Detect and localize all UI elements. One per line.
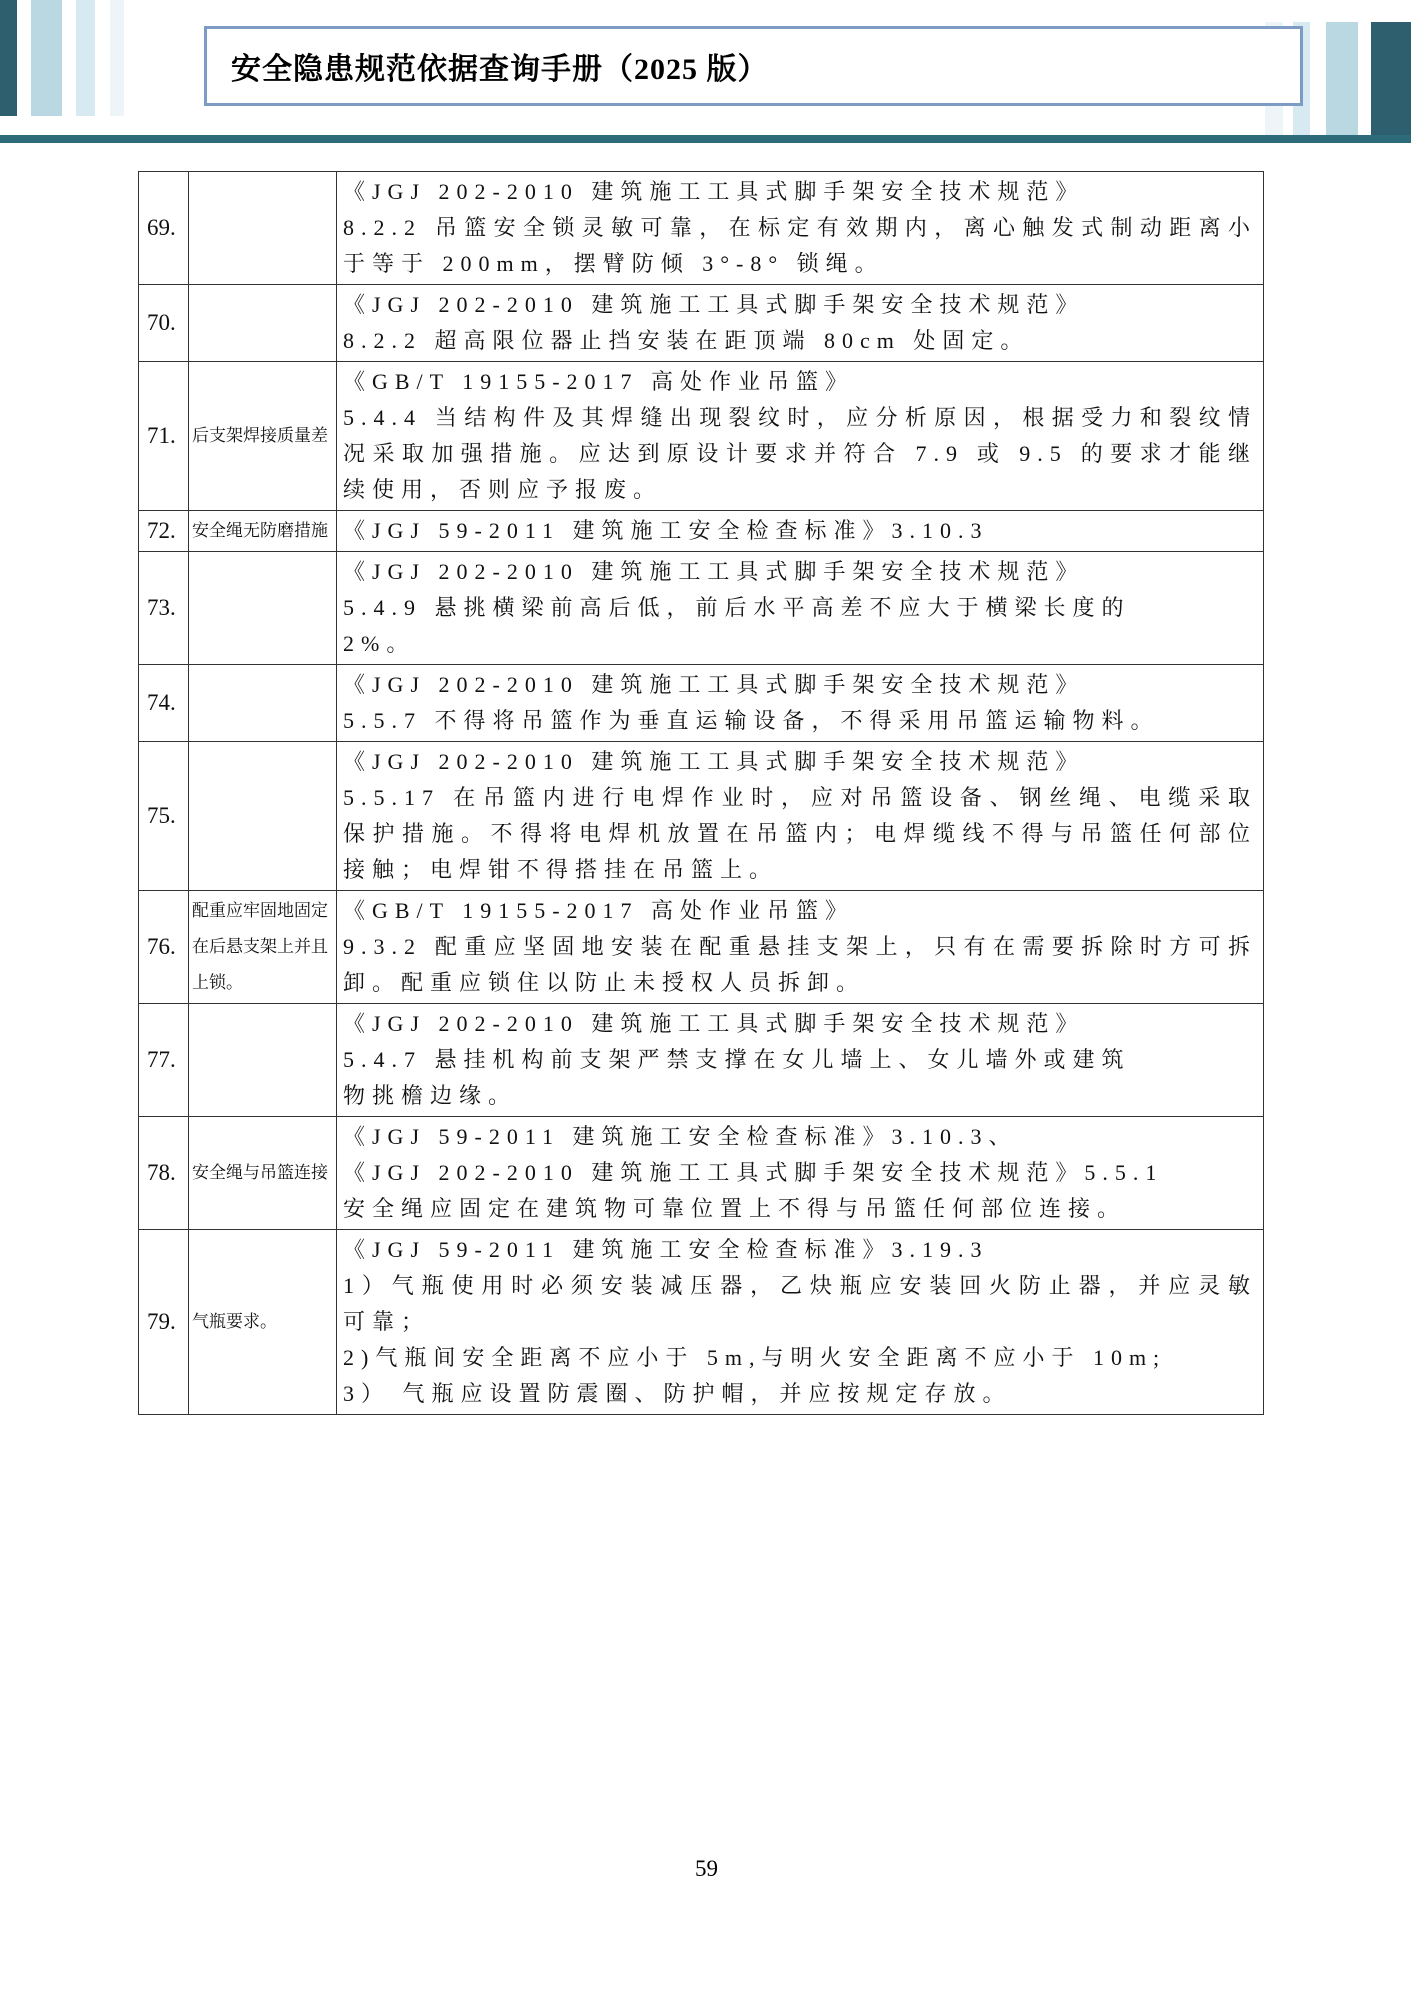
issue-cell (189, 1004, 337, 1117)
decor-bar-left-light (76, 0, 95, 116)
num-cell: 73. (139, 552, 189, 665)
basis-cell: 《GB/T 19155-2017 高处作业吊篮》 9.3.2 配重应坚固地安装在… (337, 891, 1264, 1004)
table-row: 79.气瓶要求。《JGJ 59-2011 建筑施工安全检查标准》3.19.3 1… (139, 1230, 1264, 1415)
basis-cell: 《JGJ 59-2011 建筑施工安全检查标准》3.10.3 (337, 511, 1264, 552)
page-title: 安全隐患规范依据查询手册（2025 版） (231, 44, 769, 88)
num-cell: 70. (139, 285, 189, 362)
issue-cell: 安全绳无防磨措施 (189, 511, 337, 552)
hazard-table: 69.《JGJ 202-2010 建筑施工工具式脚手架安全技术规范》 8.2.2… (138, 171, 1264, 1415)
table-row: 72.安全绳无防磨措施《JGJ 59-2011 建筑施工安全检查标准》3.10.… (139, 511, 1264, 552)
decor-bar-left-faint (110, 0, 124, 116)
table-row: 74.《JGJ 202-2010 建筑施工工具式脚手架安全技术规范》 5.5.7… (139, 665, 1264, 742)
num-cell: 75. (139, 742, 189, 891)
basis-cell: 《JGJ 202-2010 建筑施工工具式脚手架安全技术规范》 5.5.17 在… (337, 742, 1264, 891)
basis-cell: 《JGJ 202-2010 建筑施工工具式脚手架安全技术规范》 8.2.2 超高… (337, 285, 1264, 362)
table-row: 70.《JGJ 202-2010 建筑施工工具式脚手架安全技术规范》 8.2.2… (139, 285, 1264, 362)
table-row: 77.《JGJ 202-2010 建筑施工工具式脚手架安全技术规范》 5.4.7… (139, 1004, 1264, 1117)
num-cell: 76. (139, 891, 189, 1004)
table-row: 69.《JGJ 202-2010 建筑施工工具式脚手架安全技术规范》 8.2.2… (139, 172, 1264, 285)
hazard-table-container: 69.《JGJ 202-2010 建筑施工工具式脚手架安全技术规范》 8.2.2… (138, 171, 1264, 1415)
issue-cell (189, 665, 337, 742)
basis-cell: 《JGJ 202-2010 建筑施工工具式脚手架安全技术规范》 8.2.2 吊篮… (337, 172, 1264, 285)
issue-cell (189, 552, 337, 665)
decor-bar-left-dark (0, 0, 17, 116)
num-cell: 77. (139, 1004, 189, 1117)
issue-cell: 气瓶要求。 (189, 1230, 337, 1415)
basis-cell: 《JGJ 202-2010 建筑施工工具式脚手架安全技术规范》 5.5.7 不得… (337, 665, 1264, 742)
page-number: 59 (0, 1856, 1413, 1882)
issue-cell: 配重应牢固地固定在后悬支架上并且上锁。 (189, 891, 337, 1004)
issue-cell: 安全绳与吊篮连接 (189, 1117, 337, 1230)
num-cell: 79. (139, 1230, 189, 1415)
num-cell: 74. (139, 665, 189, 742)
table-row: 76.配重应牢固地固定在后悬支架上并且上锁。《GB/T 19155-2017 高… (139, 891, 1264, 1004)
issue-cell: 后支架焊接质量差 (189, 362, 337, 511)
decor-bar-left-medium (31, 0, 62, 116)
issue-cell (189, 285, 337, 362)
basis-cell: 《GB/T 19155-2017 高处作业吊篮》 5.4.4 当结构件及其焊缝出… (337, 362, 1264, 511)
hazard-table-body: 69.《JGJ 202-2010 建筑施工工具式脚手架安全技术规范》 8.2.2… (139, 172, 1264, 1415)
header-title-box: 安全隐患规范依据查询手册（2025 版） (204, 26, 1303, 106)
table-row: 71.后支架焊接质量差《GB/T 19155-2017 高处作业吊篮》 5.4.… (139, 362, 1264, 511)
num-cell: 71. (139, 362, 189, 511)
basis-cell: 《JGJ 202-2010 建筑施工工具式脚手架安全技术规范》 5.4.7 悬挂… (337, 1004, 1264, 1117)
basis-cell: 《JGJ 59-2011 建筑施工安全检查标准》3.10.3、 《JGJ 202… (337, 1117, 1264, 1230)
num-cell: 69. (139, 172, 189, 285)
header-divider-rule (0, 135, 1411, 143)
issue-cell (189, 172, 337, 285)
table-row: 75.《JGJ 202-2010 建筑施工工具式脚手架安全技术规范》 5.5.1… (139, 742, 1264, 891)
basis-cell: 《JGJ 59-2011 建筑施工安全检查标准》3.19.3 1）气瓶使用时必须… (337, 1230, 1264, 1415)
decor-bar-right-medium (1326, 22, 1358, 138)
table-row: 73.《JGJ 202-2010 建筑施工工具式脚手架安全技术规范》 5.4.9… (139, 552, 1264, 665)
manual-page: 安全隐患规范依据查询手册（2025 版） 69.《JGJ 202-2010 建筑… (0, 0, 1413, 2000)
table-row: 78.安全绳与吊篮连接《JGJ 59-2011 建筑施工安全检查标准》3.10.… (139, 1117, 1264, 1230)
num-cell: 78. (139, 1117, 189, 1230)
basis-cell: 《JGJ 202-2010 建筑施工工具式脚手架安全技术规范》 5.4.9 悬挑… (337, 552, 1264, 665)
decor-bar-right-dark (1371, 22, 1411, 143)
num-cell: 72. (139, 511, 189, 552)
issue-cell (189, 742, 337, 891)
